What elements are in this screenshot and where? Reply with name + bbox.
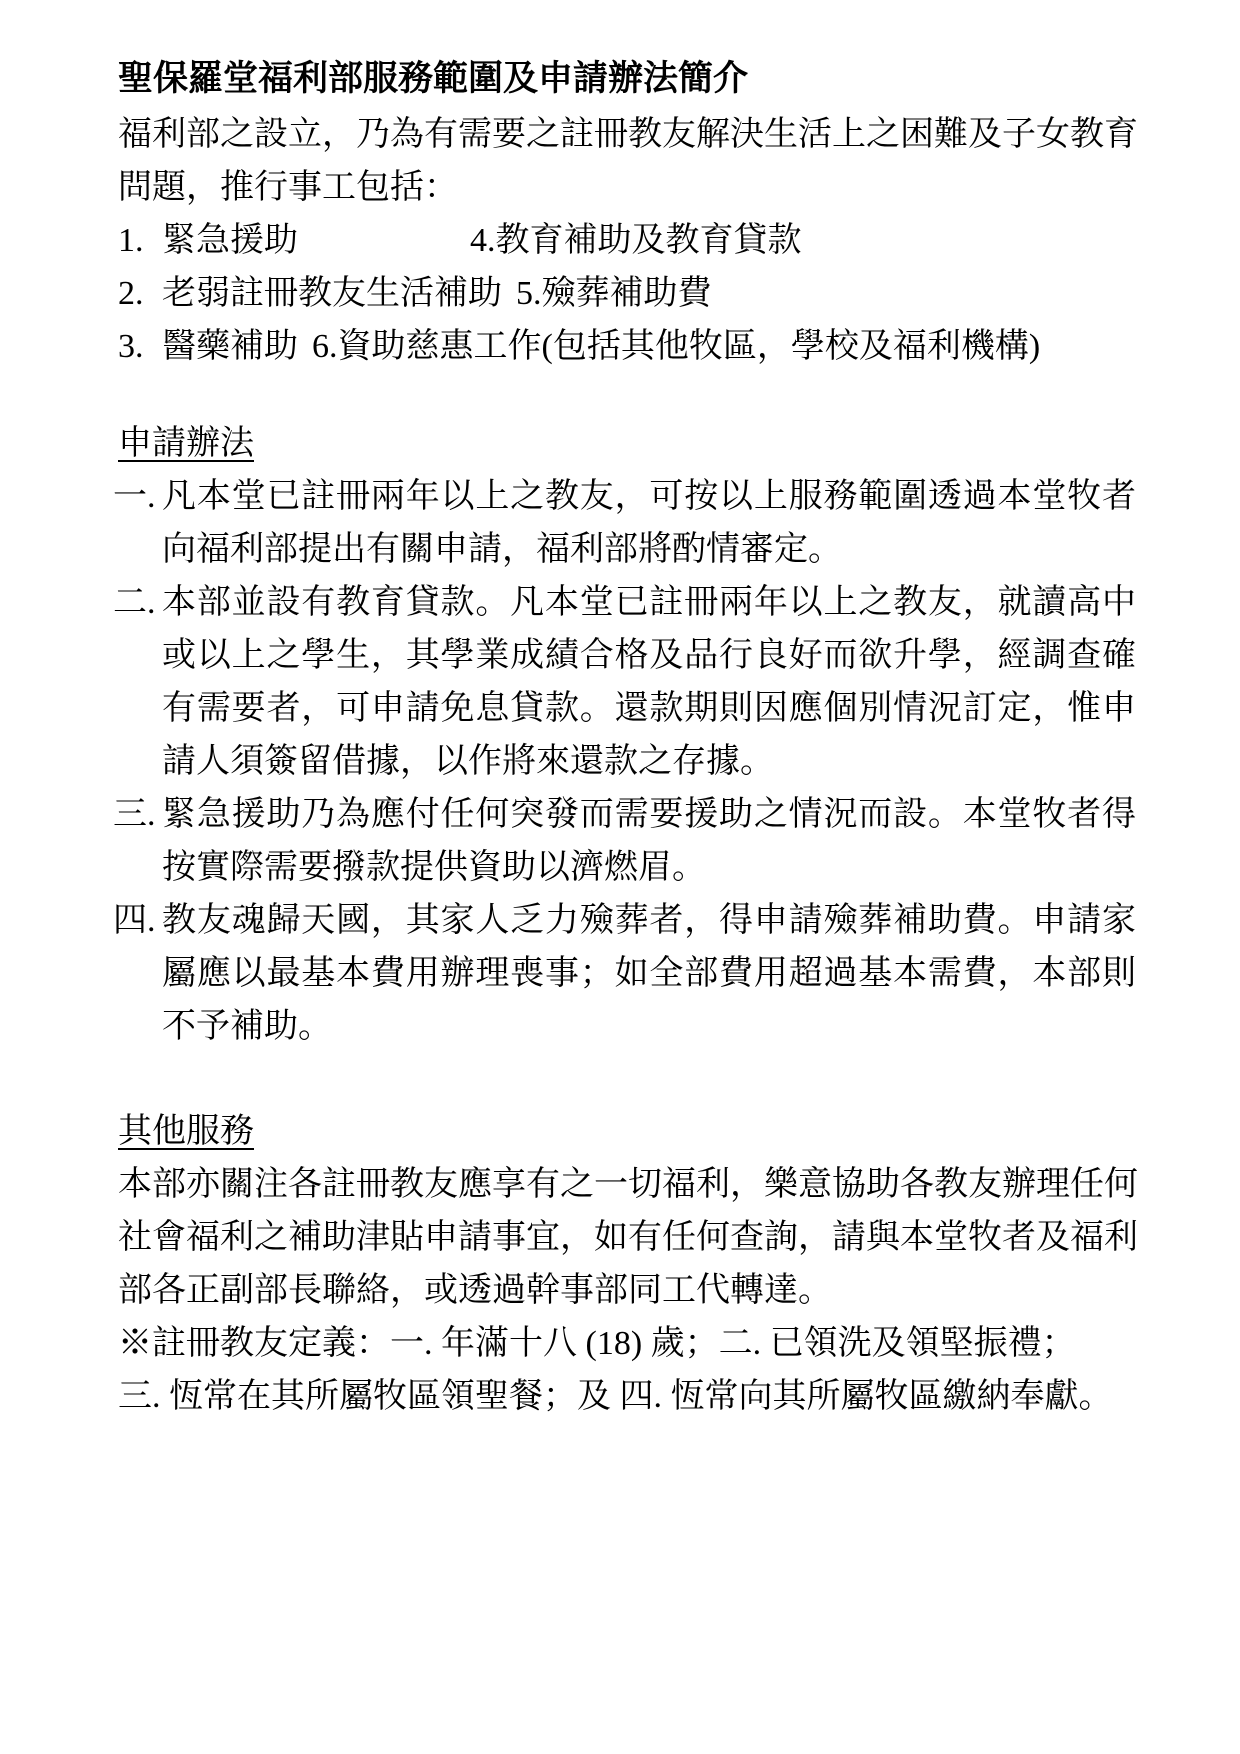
service-number: 2.	[118, 267, 162, 320]
text-line: 本部並設有教育貸款。凡本堂已註冊兩年以上之教友，就讀高中	[162, 576, 1136, 629]
service-row: 1.緊急援助4.教育補助及教育貸款	[118, 214, 1136, 267]
text-line: 教友魂歸天國，其家人乏力殮葬者，得申請殮葬補助費。申請家	[162, 894, 1136, 947]
service-row: 2.老弱註冊教友生活補助5.殮葬補助費	[118, 267, 1136, 320]
service-number: 6.	[312, 328, 338, 365]
other-services-paragraph: 本部亦關注各註冊教友應享有之一切福利，樂意協助各教友辦理任何社會福利之補助津貼申…	[118, 1158, 1136, 1317]
page-title: 聖保羅堂福利部服務範圍及申請辦法簡介	[118, 54, 1136, 104]
service-number: 5.	[516, 275, 542, 312]
text-line: 部各正副部長聯絡，或透過幹事部同工代轉達。	[118, 1264, 1136, 1317]
service-label: 老弱註冊教友生活補助	[162, 275, 502, 312]
item-text: 緊急援助乃為應付任何突發而需要援助之情況而設。本堂牧者得按實際需要撥款提供資助以…	[162, 788, 1136, 894]
text-line: 或以上之學生，其學業成績合格及品行良好而欲升學，經調查確	[162, 629, 1136, 682]
registered-member-definition: ※註冊教友定義：一. 年滿十八 (18) 歲；二. 已領洗及領堅振禮；三. 恆常…	[118, 1317, 1136, 1423]
text-line: 三. 恆常在其所屬牧區領聖餐；及 四. 恆常向其所屬牧區繳納奉獻。	[118, 1370, 1136, 1423]
services-list: 1.緊急援助4.教育補助及教育貸款 2.老弱註冊教友生活補助5.殮葬補助費 3.…	[118, 214, 1136, 373]
application-item-3: 三. 緊急援助乃為應付任何突發而需要援助之情況而設。本堂牧者得按實際需要撥款提供…	[118, 788, 1136, 894]
service-row: 3.醫藥補助6.資助慈惠工作(包括其他牧區，學校及福利機構)	[118, 320, 1136, 373]
item-marker: 四.	[113, 894, 156, 947]
text-line: 問題，推行事工包括：	[118, 161, 1136, 214]
item-marker: 一.	[113, 470, 156, 523]
item-text: 凡本堂已註冊兩年以上之教友，可按以上服務範圍透過本堂牧者向福利部提出有關申請，福…	[162, 470, 1136, 576]
intro-paragraph: 福利部之設立，乃為有需要之註冊教友解決生活上之困難及子女教育問題，推行事工包括：	[118, 108, 1136, 214]
text-line: 社會福利之補助津貼申請事宜，如有任何查詢，請與本堂牧者及福利	[118, 1211, 1136, 1264]
item-marker: 三.	[113, 788, 156, 841]
text-line: 向福利部提出有關申請，福利部將酌情審定。	[162, 523, 1136, 576]
text-line: 請人須簽留借據，以作將來還款之存據。	[162, 735, 1136, 788]
service-number: 4.	[470, 222, 496, 259]
text-line: 緊急援助乃為應付任何突發而需要援助之情況而設。本堂牧者得	[162, 788, 1136, 841]
text-line: 本部亦關注各註冊教友應享有之一切福利，樂意協助各教友辦理任何	[118, 1158, 1136, 1211]
service-label: 醫藥補助	[162, 328, 298, 365]
text-line: 按實際需要撥款提供資助以濟燃眉。	[162, 841, 1136, 894]
text-line: 有需要者，可申請免息貸款。還款期則因應個別情況訂定，惟申	[162, 682, 1136, 735]
text-line: 不予補助。	[162, 1000, 1136, 1053]
application-item-2: 二. 本部並設有教育貸款。凡本堂已註冊兩年以上之教友，就讀高中或以上之學生，其學…	[118, 576, 1136, 788]
service-label: 殮葬補助費	[542, 275, 712, 312]
service-number: 1.	[118, 214, 162, 267]
application-item-4: 四. 教友魂歸天國，其家人乏力殮葬者，得申請殮葬補助費。申請家屬應以最基本費用辦…	[118, 894, 1136, 1053]
text-line: 屬應以最基本費用辦理喪事；如全部費用超過基本需費，本部則	[162, 947, 1136, 1000]
service-number: 3.	[118, 320, 162, 373]
application-item-1: 一. 凡本堂已註冊兩年以上之教友，可按以上服務範圍透過本堂牧者向福利部提出有關申…	[118, 470, 1136, 576]
service-label: 資助慈惠工作(包括其他牧區，學校及福利機構)	[338, 328, 1041, 365]
item-marker: 二.	[113, 576, 156, 629]
text-line: ※註冊教友定義：一. 年滿十八 (18) 歲；二. 已領洗及領堅振禮；	[118, 1317, 1136, 1370]
service-label: 緊急援助	[162, 214, 470, 267]
item-text: 本部並設有教育貸款。凡本堂已註冊兩年以上之教友，就讀高中或以上之學生，其學業成績…	[162, 576, 1136, 788]
section-heading-other-services: 其他服務	[118, 1105, 1136, 1158]
text-line: 福利部之設立，乃為有需要之註冊教友解決生活上之困難及子女教育	[118, 108, 1136, 161]
service-label: 教育補助及教育貸款	[496, 222, 802, 259]
item-text: 教友魂歸天國，其家人乏力殮葬者，得申請殮葬補助費。申請家屬應以最基本費用辦理喪事…	[162, 894, 1136, 1053]
section-heading-application: 申請辦法	[118, 417, 1136, 470]
text-line: 凡本堂已註冊兩年以上之教友，可按以上服務範圍透過本堂牧者	[162, 470, 1136, 523]
application-items: 一. 凡本堂已註冊兩年以上之教友，可按以上服務範圍透過本堂牧者向福利部提出有關申…	[118, 470, 1136, 1053]
document-page: 聖保羅堂福利部服務範圍及申請辦法簡介 福利部之設立，乃為有需要之註冊教友解決生活…	[0, 0, 1240, 1754]
